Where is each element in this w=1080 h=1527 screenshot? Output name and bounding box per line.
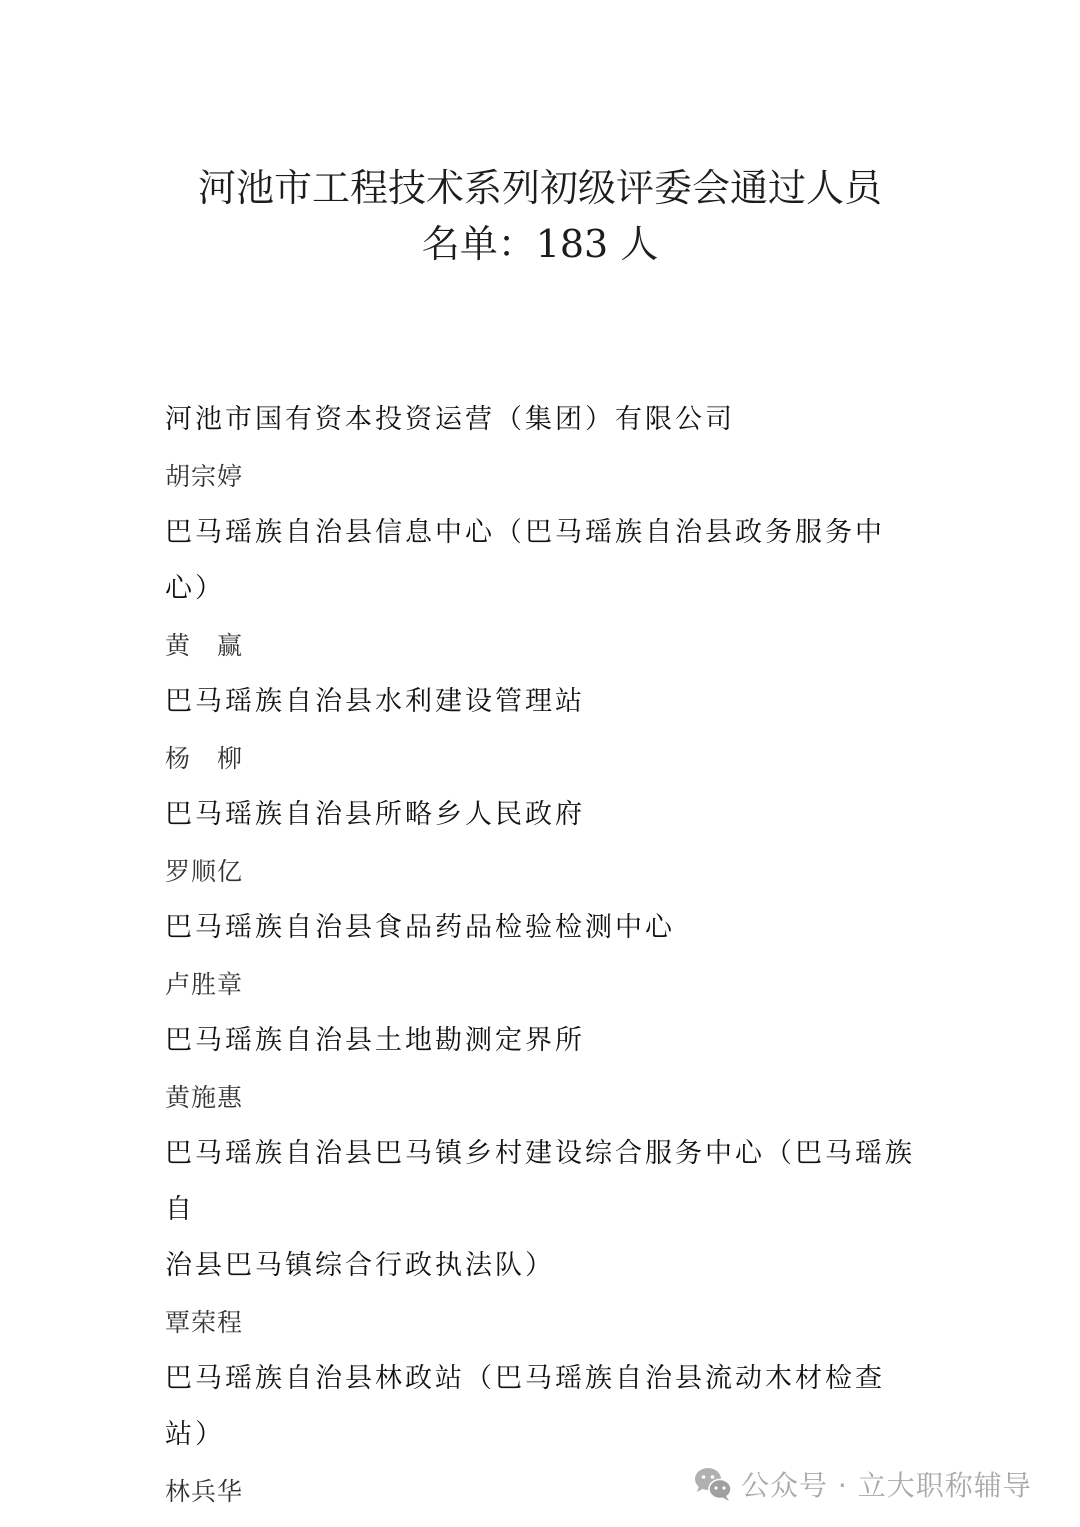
organization-name: 巴马瑶族自治县水利建设管理站 (165, 674, 925, 730)
person-name: 罗顺亿 (165, 843, 925, 900)
list-entry: 河池市国有资本投资运营（集团）有限公司 胡宗婷 (165, 392, 925, 505)
person-name: 杨 柳 (165, 730, 925, 787)
organization-name: 巴马瑶族自治县所略乡人民政府 (165, 787, 925, 843)
list-entry: 巴马瑶族自治县信息中心（巴马瑶族自治县政务服务中心） 黄 赢 (165, 505, 925, 674)
wechat-icon (693, 1466, 733, 1502)
organization-name: 巴马瑶族自治县信息中心（巴马瑶族自治县政务服务中心） (165, 505, 925, 617)
organization-name: 河池市国有资本投资运营（集团）有限公司 (165, 392, 925, 448)
list-entry: 巴马瑶族自治县所略乡人民政府 罗顺亿 (165, 787, 925, 900)
approved-personnel-list: 河池市国有资本投资运营（集团）有限公司 胡宗婷 巴马瑶族自治县信息中心（巴马瑶族… (165, 392, 925, 1520)
list-entry: 巴马瑶族自治县食品药品检验检测中心 卢胜章 (165, 900, 925, 1013)
title-line-2: 名单：183 人 (0, 216, 1080, 272)
page-title: 河池市工程技术系列初级评委会通过人员 名单：183 人 (0, 160, 1080, 272)
person-name: 卢胜章 (165, 956, 925, 1013)
organization-name-line-1: 巴马瑶族自治县巴马镇乡村建设综合服务中心（巴马瑶族自 (165, 1126, 925, 1238)
person-name: 黄 赢 (165, 617, 925, 674)
person-name: 胡宗婷 (165, 448, 925, 505)
watermark-text: 公众号 · 立大职称辅导 (741, 1464, 1032, 1504)
title-line-1: 河池市工程技术系列初级评委会通过人员 (0, 160, 1080, 216)
list-entry: 巴马瑶族自治县巴马镇乡村建设综合服务中心（巴马瑶族自 治县巴马镇综合行政执法队）… (165, 1126, 925, 1351)
list-entry: 巴马瑶族自治县水利建设管理站 杨 柳 (165, 674, 925, 787)
organization-name: 巴马瑶族自治县林政站（巴马瑶族自治县流动木材检查站） (165, 1351, 925, 1463)
person-name: 覃荣程 (165, 1294, 925, 1351)
organization-name-line-2: 治县巴马镇综合行政执法队） (165, 1238, 925, 1294)
wechat-watermark: 公众号 · 立大职称辅导 (693, 1462, 1032, 1506)
organization-name: 巴马瑶族自治县食品药品检验检测中心 (165, 900, 925, 956)
organization-name: 巴马瑶族自治县土地勘测定界所 (165, 1013, 925, 1069)
person-name: 黄施惠 (165, 1069, 925, 1126)
list-entry: 巴马瑶族自治县土地勘测定界所 黄施惠 (165, 1013, 925, 1126)
